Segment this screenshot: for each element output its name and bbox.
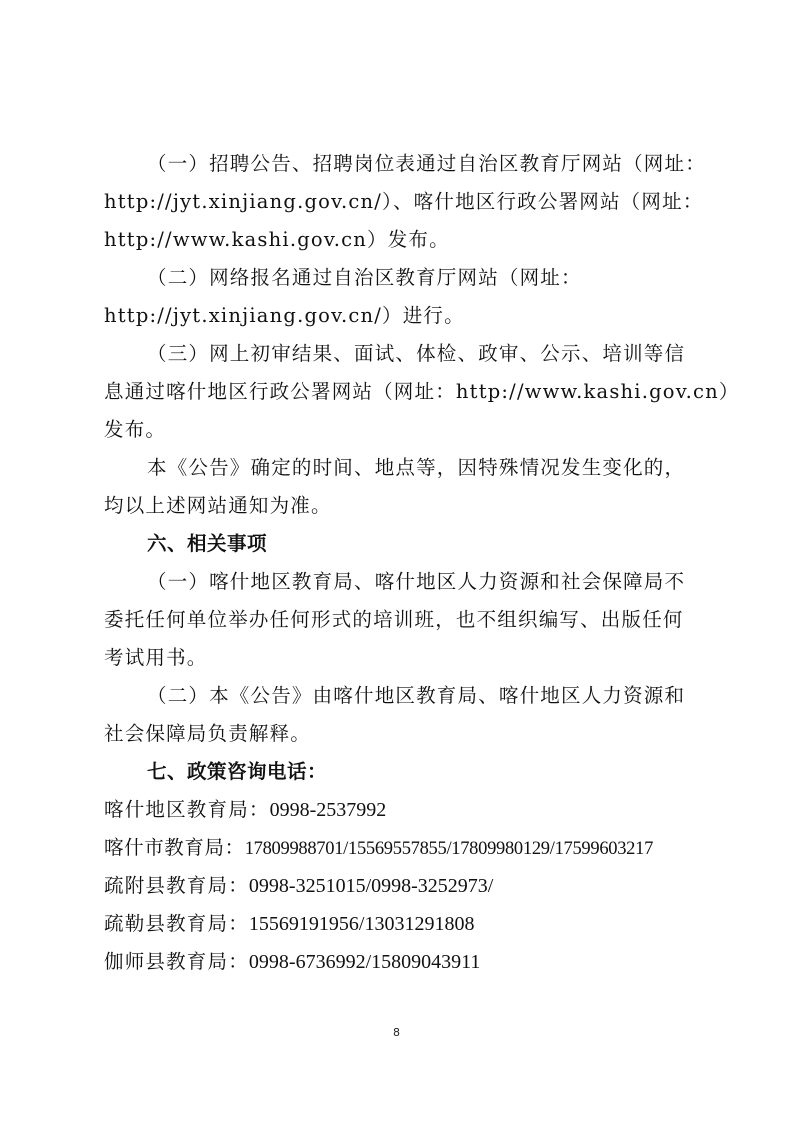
paragraph-line: 发布。 bbox=[104, 416, 166, 444]
contact-line: 疏附县教育局：0998-3251015/0998-3252973/ bbox=[104, 872, 493, 900]
office-name: 疏附县教育局： bbox=[104, 874, 249, 897]
paragraph-line: http://jyt.xinjiang.gov.cn/）、喀什地区行政公署网站（… bbox=[104, 188, 704, 216]
phone-number: 0998-3251015/0998-3252973/ bbox=[249, 875, 493, 897]
paragraph-line: （一）喀什地区教育局、喀什地区人力资源和社会保障局不 bbox=[147, 568, 685, 596]
paragraph-line: 本《公告》确定的时间、地点等，因特殊情况发生变化的， bbox=[147, 454, 685, 482]
office-name: 疏勒县教育局： bbox=[104, 912, 249, 935]
section-heading: 六、相关事项 bbox=[147, 530, 267, 558]
phone-number: 15569191956/13031291808 bbox=[249, 913, 475, 935]
office-name: 喀什地区教育局： bbox=[104, 798, 270, 821]
document-page: （一）招聘公告、招聘岗位表通过自治区教育厅网站（网址： http://jyt.x… bbox=[0, 0, 793, 1122]
phone-number: 0998-2537992 bbox=[270, 799, 387, 821]
paragraph-line: 社会保障局负责解释。 bbox=[104, 720, 311, 748]
paragraph-line: （一）招聘公告、招聘岗位表通过自治区教育厅网站（网址： bbox=[147, 150, 706, 178]
paragraph-line: http://jyt.xinjiang.gov.cn/）进行。 bbox=[104, 302, 465, 330]
paragraph-line: 息通过喀什地区行政公署网站（网址：http://www.kashi.gov.cn… bbox=[104, 378, 740, 406]
office-name: 喀什市教育局： bbox=[104, 836, 245, 859]
phone-number: 0998-6736992/15809043911 bbox=[249, 951, 480, 973]
page-number: 8 bbox=[0, 1026, 793, 1039]
contact-line: 伽师县教育局：0998-6736992/15809043911 bbox=[104, 948, 480, 976]
paragraph-line: （三）网上初审结果、面试、体检、政审、公示、培训等信 bbox=[147, 340, 685, 368]
contact-line: 喀什市教育局：17809988701/15569557855/178099801… bbox=[104, 834, 653, 863]
office-name: 伽师县教育局： bbox=[104, 950, 249, 973]
paragraph-line: 考试用书。 bbox=[104, 644, 208, 672]
section-heading: 七、政策咨询电话： bbox=[147, 758, 327, 786]
paragraph-line: （二）网络报名通过自治区教育厅网站（网址： bbox=[147, 264, 582, 292]
contact-line: 喀什地区教育局：0998-2537992 bbox=[104, 796, 386, 824]
paragraph-line: 委托任何单位举办任何形式的培训班，也不组织编写、出版任何 bbox=[104, 606, 684, 634]
paragraph-line: （二）本《公告》由喀什地区教育局、喀什地区人力资源和 bbox=[147, 682, 685, 710]
paragraph-line: http://www.kashi.gov.cn）发布。 bbox=[104, 226, 450, 254]
paragraph-line: 均以上述网站通知为准。 bbox=[104, 492, 332, 520]
contact-line: 疏勒县教育局：15569191956/13031291808 bbox=[104, 910, 474, 938]
phone-number: 17809988701/15569557855/17809980129/1759… bbox=[245, 839, 653, 859]
